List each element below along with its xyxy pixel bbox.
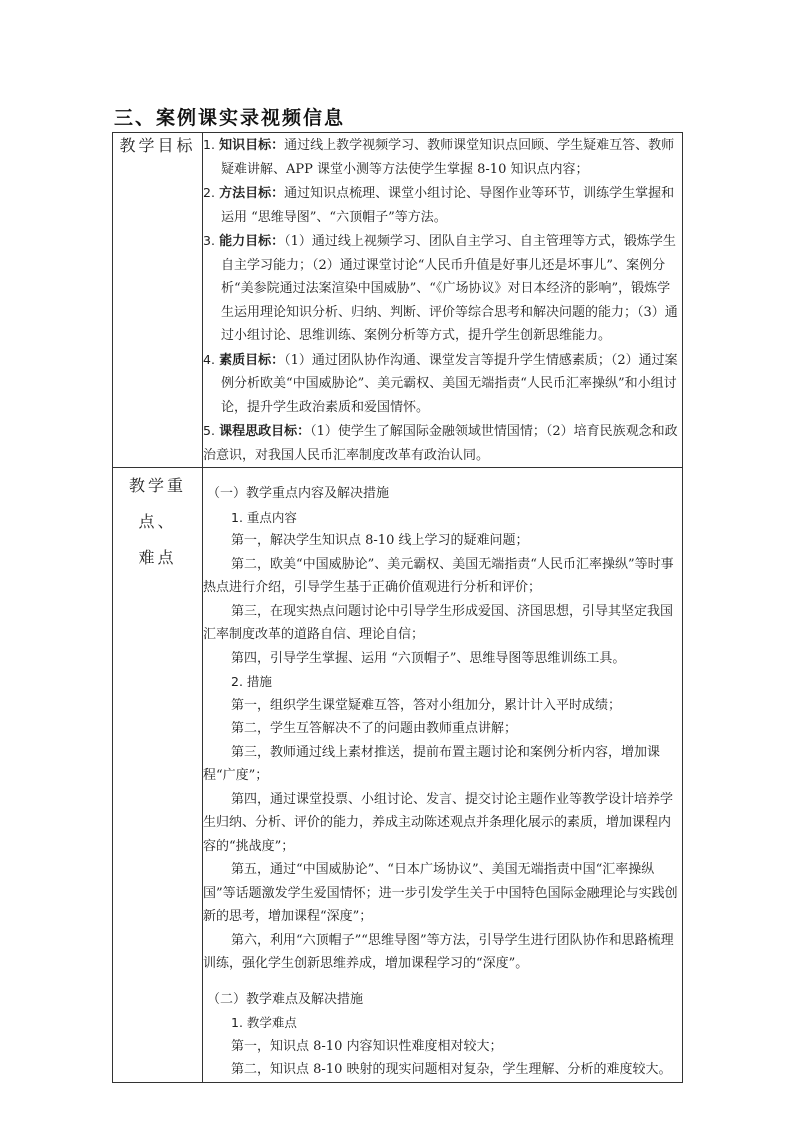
paragraph: 第五，通过“中国威胁论”、“日本广场协议”、美国无端指责中国“汇率操纵国”等话题… — [203, 858, 682, 929]
objective-text: 通过线上教学视频学习、教师课堂知识点回顾、学生疑难互答、教师疑难讲解、APP 课… — [221, 138, 674, 177]
objective-item: 5. 课程思政目标：（1）使学生了解国际金融领域世情国情；（2）培育民族观念和政… — [203, 419, 682, 467]
objective-item: 4. 素质目标：（1）通过团队协作沟通、课堂发言等提升学生情感素质；（2）通过案… — [203, 348, 682, 420]
objective-item: 3. 能力目标：（1）通过线上视频学习、团队自主学习、自主管理等方式，锻炼学生自… — [203, 229, 682, 348]
part2-heading: （二）教学难点及解决措施 — [203, 988, 682, 1012]
paragraph: 第六，利用“六顶帽子”“思维导图”等方法，引导学生进行团队协作和思路梳理训练，强… — [203, 929, 682, 976]
paragraph: 第二，欧美“中国威胁论”、美元霸权、美国无端指责“人民币汇率操纵”等时事热点进行… — [203, 553, 682, 600]
objectives-content: 1. 知识目标：通过线上教学视频学习、教师课堂知识点回顾、学生疑难互答、教师疑难… — [203, 133, 683, 468]
table-row-objectives: 教学目标 1. 知识目标：通过线上教学视频学习、教师课堂知识点回顾、学生疑难互答… — [113, 133, 683, 468]
row-label-key-difficult-points: 教学重 点、 难点 — [113, 468, 203, 1083]
paragraph: 第四，引导学生掌握、运用 “六顶帽子”、思维导图等思维训练工具。 — [203, 647, 682, 671]
paragraph: 第二，知识点 8-10 映射的现实问题相对复杂，学生理解、分析的难度较大。 — [203, 1058, 682, 1082]
paragraph: 第四，通过课堂投票、小组讨论、发言、提交讨论主题作业等教学设计培养学生归纳、分析… — [203, 788, 682, 859]
objective-heading: 素质目标： — [219, 353, 284, 368]
table-row-key-difficult-points: 教学重 点、 难点 （一）教学重点内容及解决措施 1. 重点内容 第一，解决学生… — [113, 468, 683, 1083]
case-info-table: 教学目标 1. 知识目标：通过线上教学视频学习、教师课堂知识点回顾、学生疑难互答… — [112, 132, 683, 1083]
objective-item: 1. 知识目标：通过线上教学视频学习、教师课堂知识点回顾、学生疑难互答、教师疑难… — [203, 133, 682, 181]
objective-text: （1）通过团队协作沟通、课堂发言等提升学生情感素质；（2）通过案例分析欧美“中国… — [221, 353, 678, 415]
objective-text: （1）通过线上视频学习、团队自主学习、自主管理等方式，锻炼学生自主学习能力；（2… — [221, 234, 678, 343]
objective-text: 通过知识点梳理、课堂小组讨论、导图作业等环节，训练学生掌握和运用 “思维导图”、… — [221, 186, 674, 225]
paragraph: 第二，学生互答解决不了的问题由教师重点讲解； — [203, 717, 682, 741]
paragraph: 第一，组织学生课堂疑难互答，答对小组加分，累计计入平时成绩； — [203, 694, 682, 718]
section-title: 三、案例课实录视频信息 — [114, 103, 345, 130]
objective-heading: 课程思政目标： — [219, 424, 310, 439]
key-points-content: （一）教学重点内容及解决措施 1. 重点内容 第一，解决学生知识点 8-10 线… — [203, 468, 683, 1083]
measures-heading: 2. 措施 — [203, 670, 682, 694]
paragraph: 第三，在现实热点问题讨论中引导学生形成爱国、济国思想，引导其坚定我国汇率制度改革… — [203, 600, 682, 647]
paragraph: 第三，教师通过线上素材推送，提前布置主题讨论和案例分析内容，增加课程“广度”； — [203, 741, 682, 788]
part1-heading: （一）教学重点内容及解决措施 — [203, 482, 682, 506]
objective-heading: 方法目标： — [219, 186, 284, 201]
objective-heading: 能力目标： — [219, 234, 284, 249]
paragraph: 第一，知识点 8-10 内容知识性难度相对较大； — [203, 1035, 682, 1059]
difficulties-heading: 1. 教学难点 — [203, 1011, 682, 1035]
objective-heading: 知识目标： — [219, 138, 284, 153]
row-label-objectives: 教学目标 — [113, 133, 203, 468]
objective-item: 2. 方法目标：通过知识点梳理、课堂小组讨论、导图作业等环节，训练学生掌握和运用… — [203, 181, 682, 229]
key-content-heading: 1. 重点内容 — [203, 506, 682, 530]
paragraph: 第一，解决学生知识点 8-10 线上学习的疑难问题； — [203, 529, 682, 553]
